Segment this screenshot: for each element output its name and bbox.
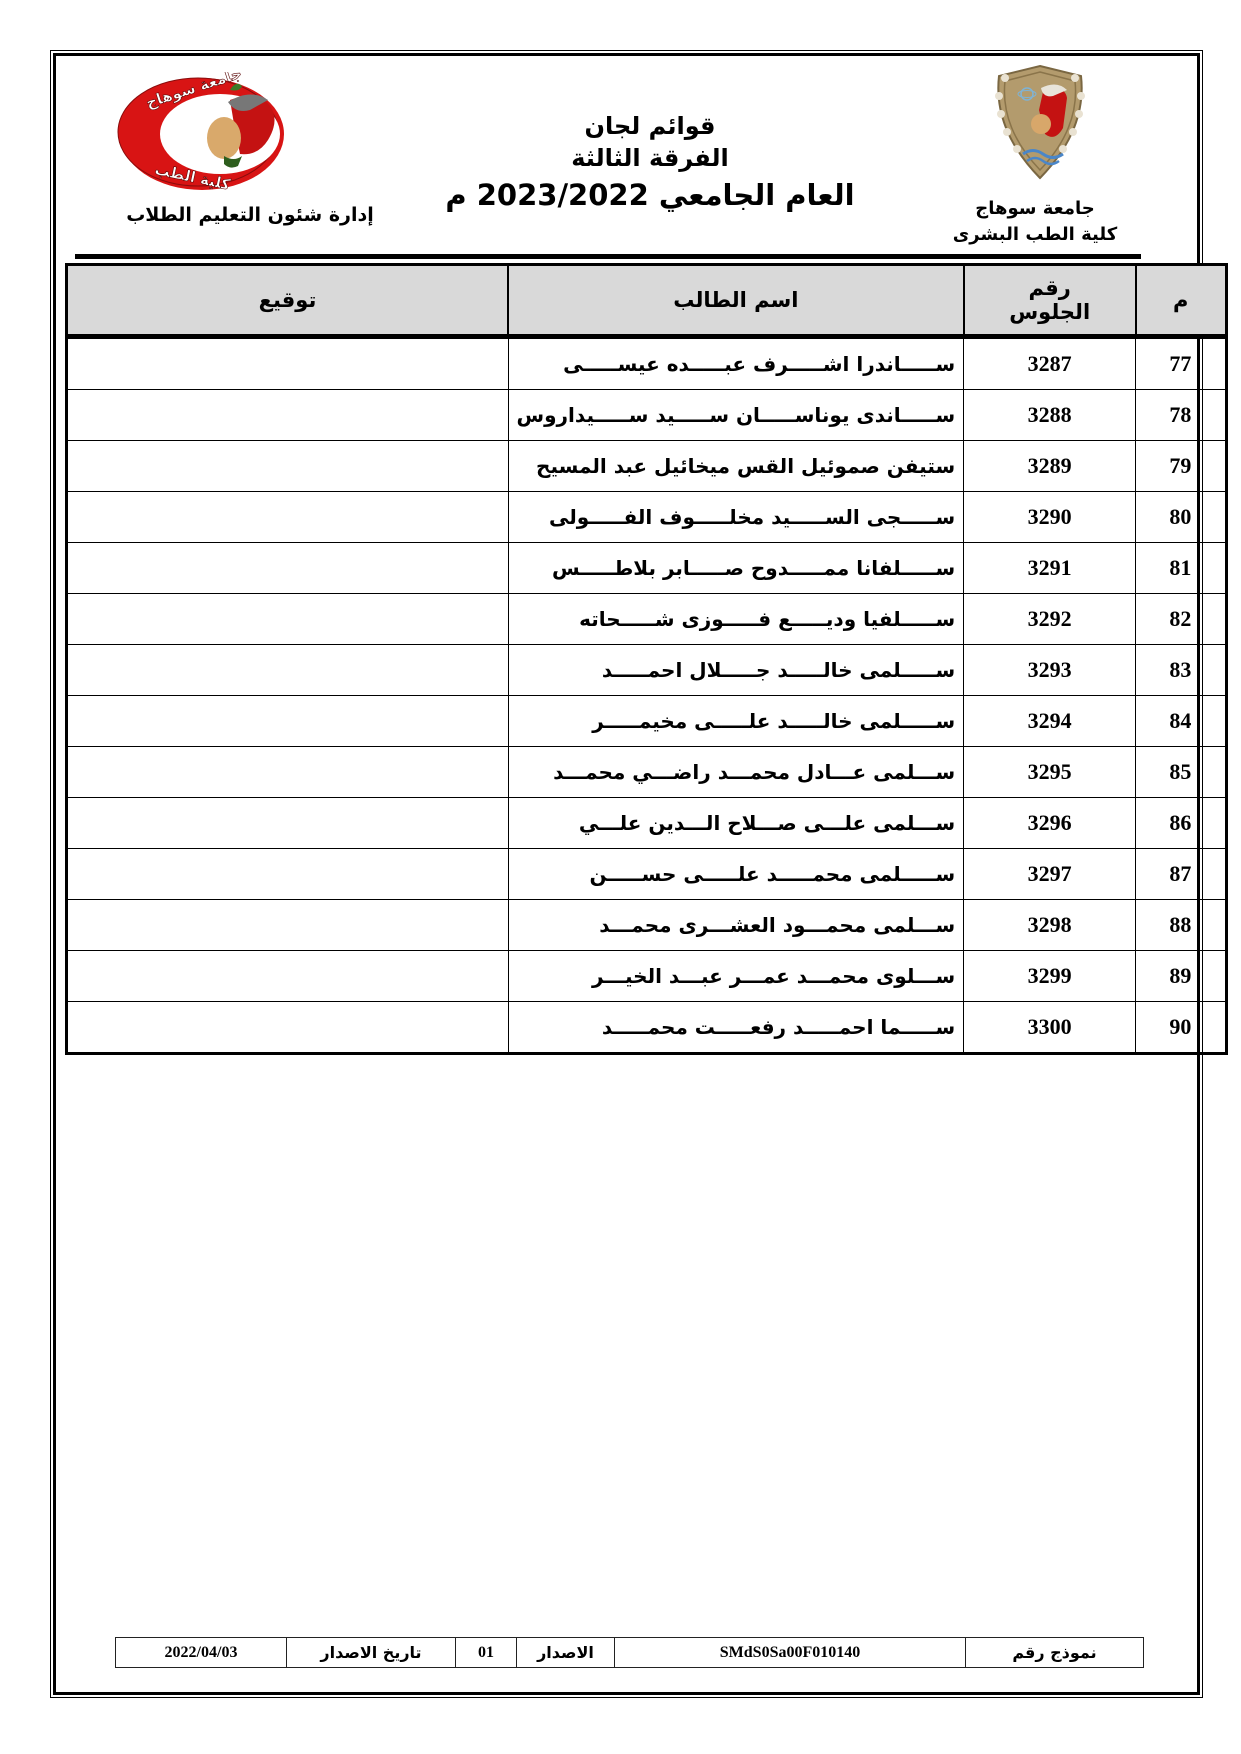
footer-form-info-table: نموذج رقم SMdS0Sa00F010140 الاصدار 01 تا… [115, 1637, 1144, 1668]
signature-cell [67, 594, 509, 645]
index-cell: 78 [1136, 390, 1227, 441]
table-row: 88 3298 ســـلمى محمـــود العشـــرى محمــ… [67, 900, 1227, 951]
name-cell: ســـلمى محمـــود العشـــرى محمـــد [508, 900, 964, 951]
name-cell: ســـلمى علـــى صـــلاح الـــدين علـــي [508, 798, 964, 849]
index-cell: 77 [1136, 337, 1227, 390]
index-cell: 81 [1136, 543, 1227, 594]
committee-table-container: م رقم الجلوس اسم الطالب توقيع 77 3287 سـ… [65, 263, 1228, 1055]
table-header-row: م رقم الجلوس اسم الطالب توقيع [67, 265, 1227, 337]
signature-cell [67, 951, 509, 1002]
university-name: جامعة سوهاج [920, 196, 1150, 222]
department-label: إدارة شئون التعليم الطلاب [100, 204, 400, 226]
seat-cell: 3294 [964, 696, 1136, 747]
index-cell: 85 [1136, 747, 1227, 798]
signature-cell [67, 849, 509, 900]
table-row: 85 3295 ســـلمى عـــادل محمـــد راضـــي … [67, 747, 1227, 798]
name-cell: ســـــلمى خالـــــد جـــــلال احمـــــد [508, 645, 964, 696]
form-number-label: نموذج رقم [966, 1638, 1144, 1668]
index-cell: 82 [1136, 594, 1227, 645]
seat-cell: 3287 [964, 337, 1136, 390]
seat-cell: 3296 [964, 798, 1136, 849]
index-cell: 79 [1136, 441, 1227, 492]
index-cell: 88 [1136, 900, 1227, 951]
sohag-university-shield-emblem [985, 62, 1095, 182]
form-number-code: SMdS0Sa00F010140 [615, 1638, 966, 1668]
name-cell: ســـــجى الســـــيد مخلـــــوف الفـــــو… [508, 492, 964, 543]
name-cell: ســـــلمى محمـــــد علـــــى حســـــن [508, 849, 964, 900]
signature-cell [67, 900, 509, 951]
name-cell: ســـــاندى يوناســـــان ســـــيد ســـــي… [508, 390, 964, 441]
seat-cell: 3292 [964, 594, 1136, 645]
signature-cell [67, 1002, 509, 1054]
name-cell: ســـلوى محمـــد عمـــر عبـــد الخيـــر [508, 951, 964, 1002]
seat-cell: 3293 [964, 645, 1136, 696]
signature-cell [67, 798, 509, 849]
college-name: كلية الطب البشرى [920, 222, 1150, 248]
index-cell: 87 [1136, 849, 1227, 900]
title-academic-year: العام الجامعي 2023/2022 م [440, 177, 860, 215]
seat-cell: 3288 [964, 390, 1136, 441]
faculty-of-medicine-crescent-logo: جامعة سوهاج كلية الطب [112, 72, 308, 200]
seat-cell: 3299 [964, 951, 1136, 1002]
seat-cell: 3291 [964, 543, 1136, 594]
issue-value: 01 [456, 1638, 517, 1668]
university-name-block: جامعة سوهاج كلية الطب البشرى [920, 196, 1150, 248]
header-signature: توقيع [67, 265, 509, 337]
crescent-face [207, 117, 241, 159]
seat-cell: 3300 [964, 1002, 1136, 1054]
signature-cell [67, 441, 509, 492]
index-cell: 86 [1136, 798, 1227, 849]
table-row: 81 3291 ســـــلفانا ممـــــدوح صـــــابر… [67, 543, 1227, 594]
index-cell: 89 [1136, 951, 1227, 1002]
signature-cell [67, 543, 509, 594]
seat-cell: 3297 [964, 849, 1136, 900]
header-student-name: اسم الطالب [508, 265, 964, 337]
seat-cell: 3295 [964, 747, 1136, 798]
table-row: 82 3292 ســـــلفيا وديـــــع فـــــوزى ش… [67, 594, 1227, 645]
signature-cell [67, 645, 509, 696]
seat-cell: 3290 [964, 492, 1136, 543]
footer-row: نموذج رقم SMdS0Sa00F010140 الاصدار 01 تا… [116, 1638, 1144, 1668]
table-row: 90 3300 ســـــما احمـــــد رفعـــــت محم… [67, 1002, 1227, 1054]
index-cell: 90 [1136, 1002, 1227, 1054]
table-row: 77 3287 ســـــاندرا اشـــــرف عبـــــده … [67, 337, 1227, 390]
issue-date-label: تاريخ الاصدار [287, 1638, 456, 1668]
name-cell: ستيفن صموئيل القس ميخائيل عبد المسيح [508, 441, 964, 492]
emblem-face [1031, 114, 1051, 134]
seat-cell: 3298 [964, 900, 1136, 951]
title-committee-lists: قوائم لجان [440, 110, 860, 142]
header-seat-number: رقم الجلوس [964, 265, 1136, 337]
signature-cell [67, 492, 509, 543]
name-cell: ســـــما احمـــــد رفعـــــت محمـــــد [508, 1002, 964, 1054]
footer-form-info-container: نموذج رقم SMdS0Sa00F010140 الاصدار 01 تا… [115, 1637, 1144, 1668]
name-cell: ســـــلمى خالـــــد علـــــى مخيمـــــر [508, 696, 964, 747]
name-cell: ســـــاندرا اشـــــرف عبـــــده عيســـــ… [508, 337, 964, 390]
table-row: 80 3290 ســـــجى الســـــيد مخلـــــوف ا… [67, 492, 1227, 543]
document-title-block: قوائم لجان الفرقة الثالثة العام الجامعي … [440, 110, 860, 214]
title-grade: الفرقة الثالثة [440, 142, 860, 174]
signature-cell [67, 390, 509, 441]
header-index: م [1136, 265, 1227, 337]
issue-date-value: 2022/04/03 [116, 1638, 287, 1668]
signature-cell [67, 747, 509, 798]
table-row: 83 3293 ســـــلمى خالـــــد جـــــلال اح… [67, 645, 1227, 696]
table-row: 86 3296 ســـلمى علـــى صـــلاح الـــدين … [67, 798, 1227, 849]
index-cell: 84 [1136, 696, 1227, 747]
signature-cell [67, 337, 509, 390]
table-row: 79 3289 ستيفن صموئيل القس ميخائيل عبد ال… [67, 441, 1227, 492]
name-cell: ســـــلفانا ممـــــدوح صـــــابر بلاطـــ… [508, 543, 964, 594]
table-row: 84 3294 ســـــلمى خالـــــد علـــــى مخي… [67, 696, 1227, 747]
name-cell: ســـــلفيا وديـــــع فـــــوزى شـــــحات… [508, 594, 964, 645]
committee-table: م رقم الجلوس اسم الطالب توقيع 77 3287 سـ… [65, 263, 1228, 1055]
table-row: 78 3288 ســـــاندى يوناســـــان ســـــيد… [67, 390, 1227, 441]
seat-cell: 3289 [964, 441, 1136, 492]
signature-cell [67, 696, 509, 747]
issue-label: الاصدار [517, 1638, 615, 1668]
table-row: 87 3297 ســـــلمى محمـــــد علـــــى حسـ… [67, 849, 1227, 900]
header-separator-rule [75, 254, 1141, 259]
table-row: 89 3299 ســـلوى محمـــد عمـــر عبـــد ال… [67, 951, 1227, 1002]
name-cell: ســـلمى عـــادل محمـــد راضـــي محمـــد [508, 747, 964, 798]
index-cell: 80 [1136, 492, 1227, 543]
index-cell: 83 [1136, 645, 1227, 696]
